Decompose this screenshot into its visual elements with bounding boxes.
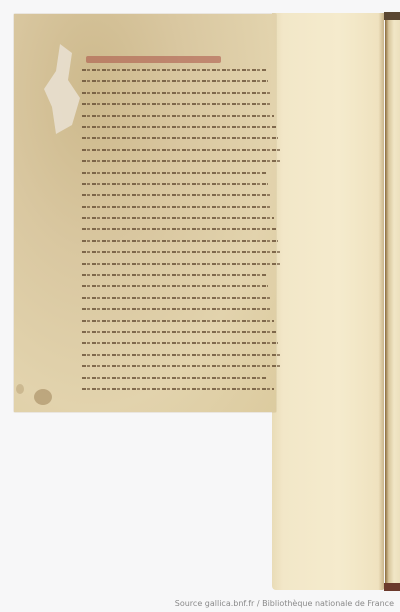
text-line xyxy=(82,217,274,219)
text-line xyxy=(82,172,266,174)
text-line xyxy=(82,103,272,105)
text-line xyxy=(82,274,266,276)
text-line xyxy=(82,285,268,287)
text-line xyxy=(82,149,280,151)
blank-page xyxy=(272,13,384,590)
text-line xyxy=(82,69,266,71)
spine xyxy=(385,13,400,590)
text-block xyxy=(82,69,282,399)
text-line xyxy=(82,115,274,117)
text-line xyxy=(82,228,276,230)
source-caption: Source gallica.bnf.fr / Bibliothèque nat… xyxy=(175,599,394,608)
text-line xyxy=(82,194,270,196)
text-line xyxy=(82,354,280,356)
manuscript-leaf xyxy=(14,14,276,412)
text-line xyxy=(82,92,270,94)
text-line xyxy=(82,388,274,390)
text-line xyxy=(82,240,278,242)
text-line xyxy=(82,137,278,139)
text-line xyxy=(82,160,282,162)
text-line xyxy=(82,365,282,367)
spine-cap-bottom xyxy=(384,583,400,591)
rubric-heading xyxy=(86,56,221,63)
stain xyxy=(16,384,24,394)
spine-cap-top xyxy=(384,12,400,20)
text-line xyxy=(82,297,270,299)
text-line xyxy=(82,263,282,265)
text-line xyxy=(82,377,266,379)
text-line xyxy=(82,308,272,310)
text-line xyxy=(82,342,278,344)
text-line xyxy=(82,320,274,322)
text-line xyxy=(82,331,276,333)
text-line xyxy=(82,126,276,128)
text-line xyxy=(82,183,268,185)
text-line xyxy=(82,251,280,253)
text-line xyxy=(82,80,268,82)
stain xyxy=(34,389,52,405)
text-line xyxy=(82,206,272,208)
